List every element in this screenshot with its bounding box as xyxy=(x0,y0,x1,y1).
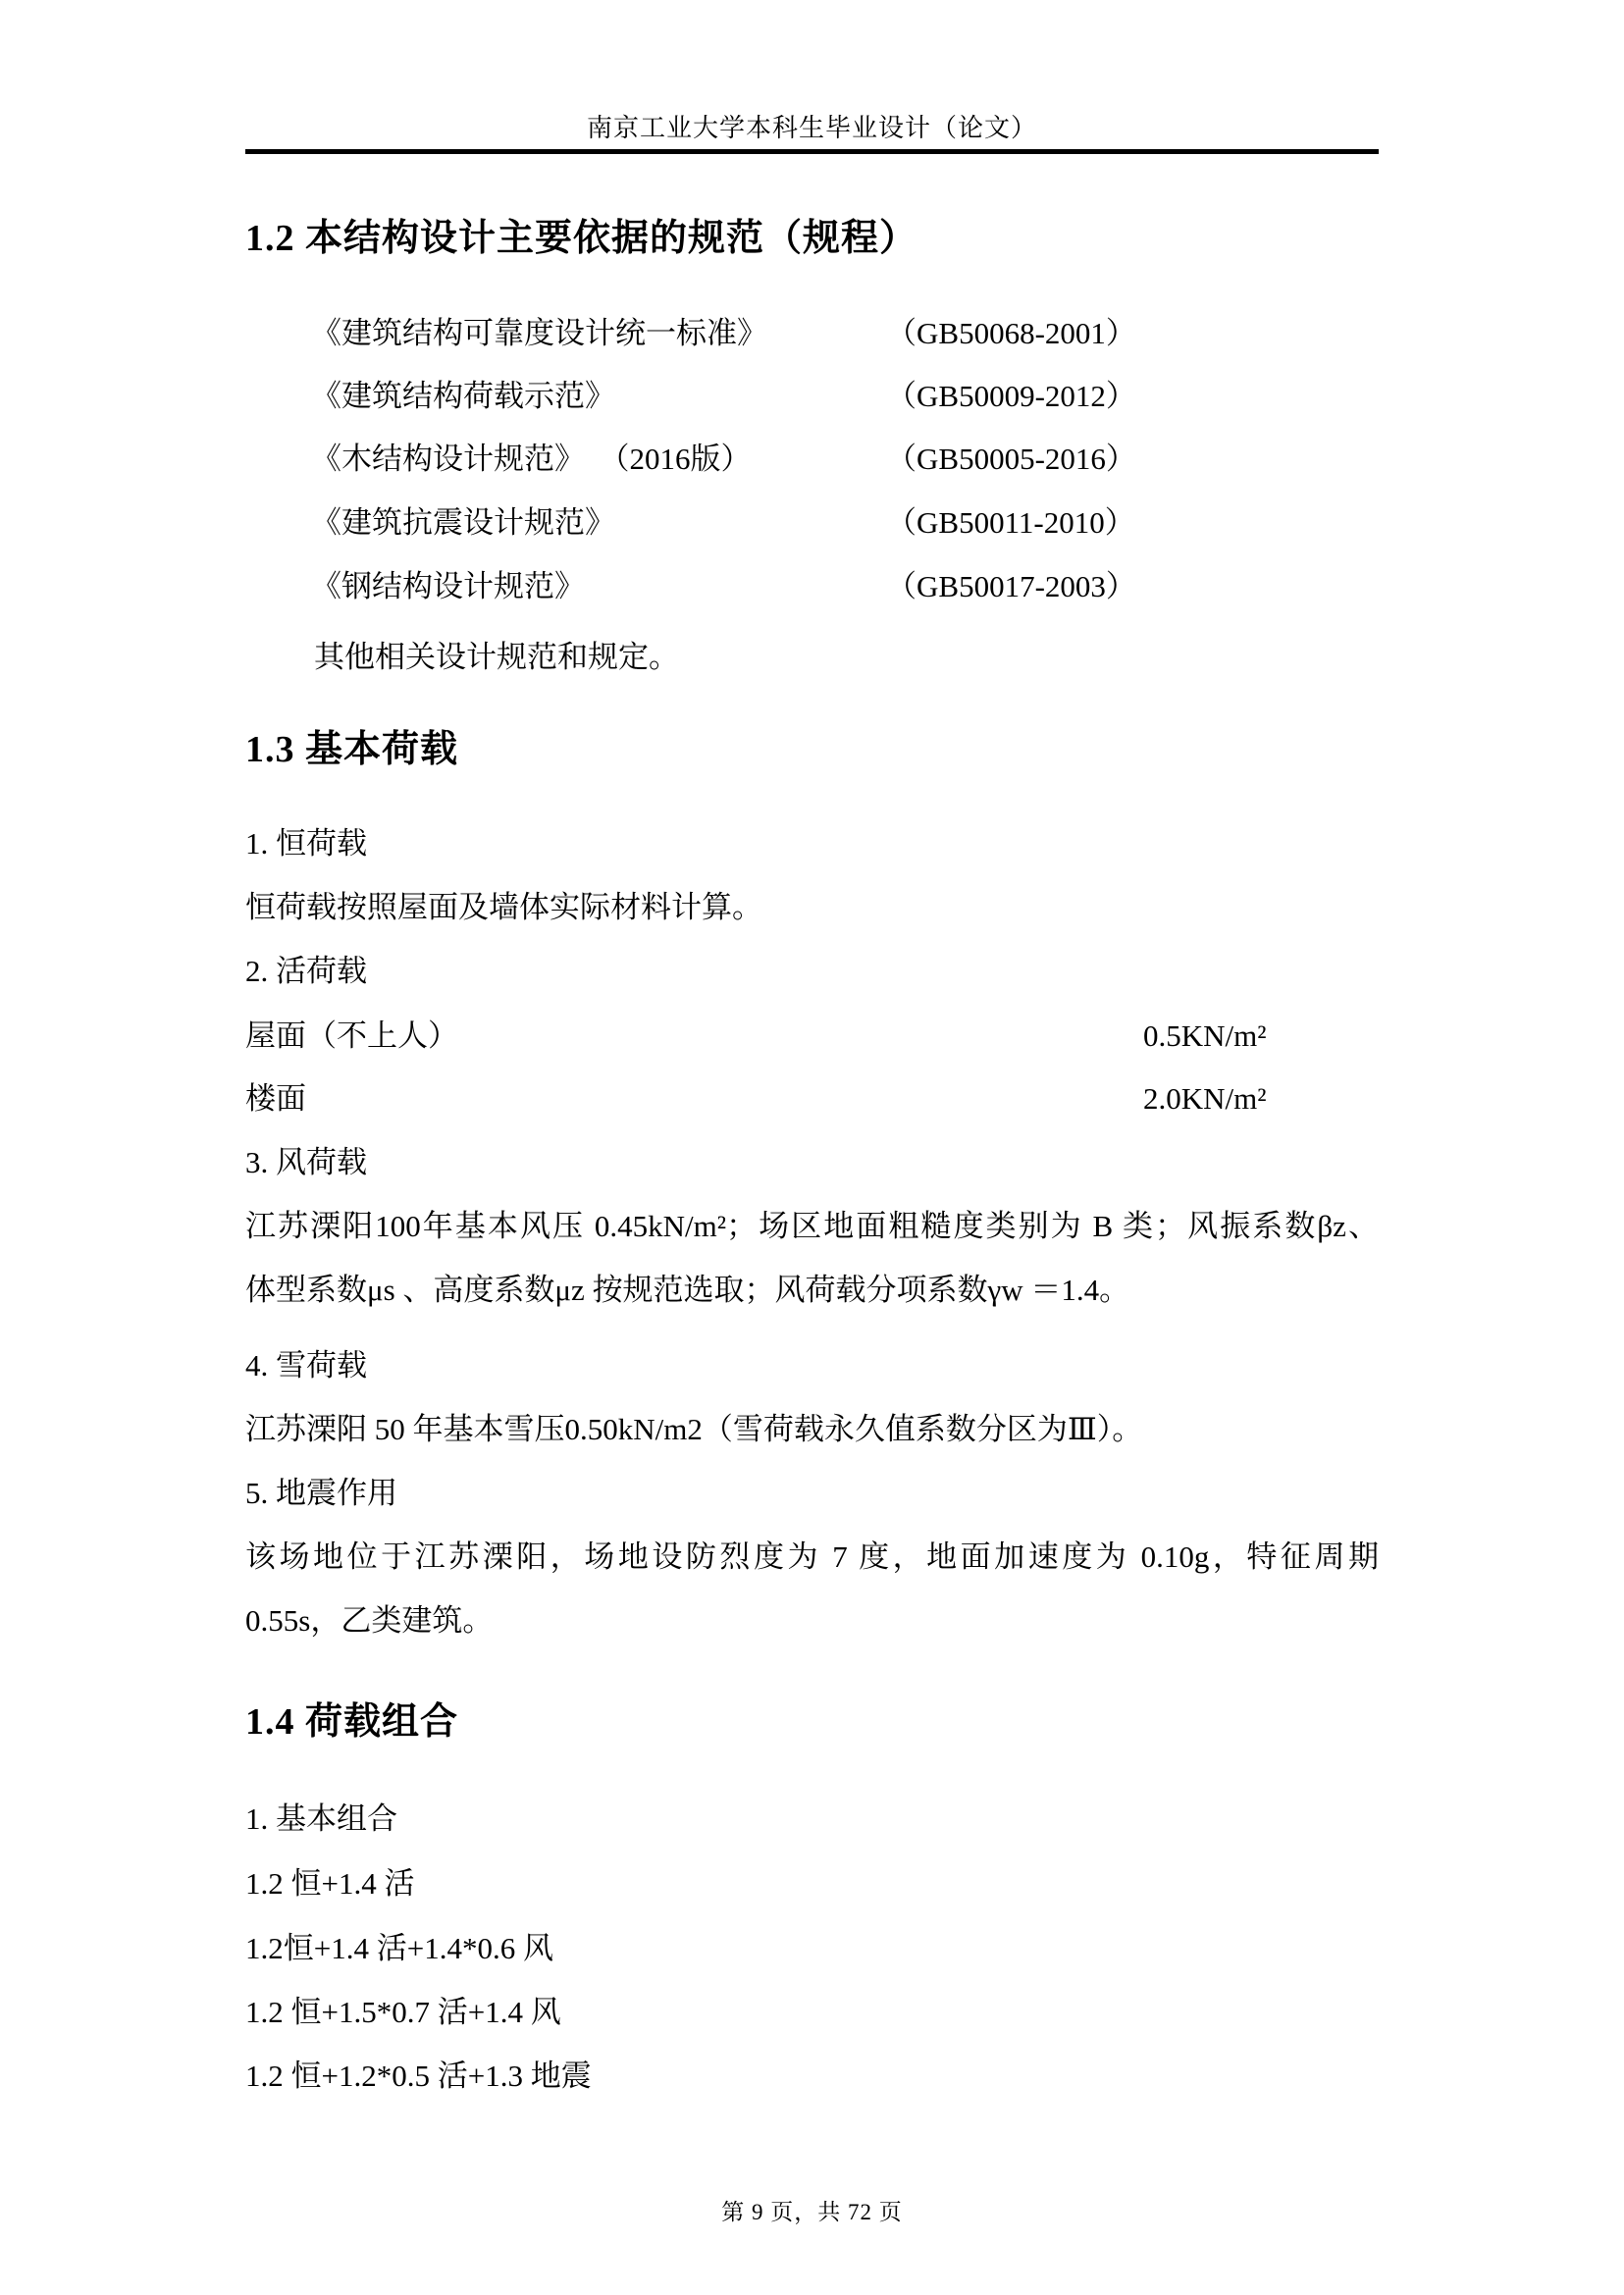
combination-line: 1.2 恒+1.5*0.7 活+1.4 风 xyxy=(245,1992,1379,2033)
body-line: 恒荷载按照屋面及墙体实际材料计算。 xyxy=(245,887,1379,928)
body-line: 5. 地震作用 xyxy=(245,1473,1379,1514)
standard-code: （GB50017-2003） xyxy=(886,566,1136,607)
line-text: 1. 恒荷载 xyxy=(245,826,367,861)
standard-row: 《木结构设计规范》（2016版） （GB50005-2016） xyxy=(311,439,1400,480)
standard-row: 《建筑抗震设计规范》 （GB50011-2010） xyxy=(311,502,1400,544)
document-page: 南京工业大学本科生毕业设计（论文） 1.2 本结构设计主要依据的规范（规程） 《… xyxy=(0,0,1624,2295)
line-text: 楼面 xyxy=(245,1081,306,1116)
standard-name: 《建筑结构可靠度设计统一标准》 xyxy=(311,316,767,350)
body-line: 0.55s，乙类建筑。 xyxy=(245,1600,1379,1642)
line-text: 1. 基本组合 xyxy=(245,1801,397,1836)
standard-edition: （2016版） xyxy=(614,442,752,476)
standard-code: （GB50068-2001） xyxy=(886,313,1136,354)
standard-row: 《钢结构设计规范》 （GB50017-2003） xyxy=(311,566,1400,607)
combination-line: 1.2 恒+1.2*0.5 活+1.3 地震 xyxy=(245,2056,1379,2097)
header-rule xyxy=(245,149,1379,154)
line-text: 体型系数μs 、高度系数μz 按规范选取；风荷载分项系数γw ＝1.4。 xyxy=(245,1273,1129,1307)
combination-line: 1.2恒+1.4 活+1.4*0.6 风 xyxy=(245,1928,1379,1969)
standards-note: 其他相关设计规范和规定。 xyxy=(314,637,679,678)
line-value: 2.0KN/m² xyxy=(1143,1078,1267,1120)
line-value: 0.5KN/m² xyxy=(1143,1016,1267,1057)
standard-row: 《建筑结构荷载示范》 （GB50009-2012） xyxy=(311,376,1400,417)
body-line: 4. 雪荷载 xyxy=(245,1345,1379,1386)
line-text: 1.2 恒+1.5*0.7 活+1.4 风 xyxy=(245,1995,561,2029)
combination-line: 1. 基本组合 xyxy=(245,1799,1379,1840)
standard-code: （GB50009-2012） xyxy=(886,376,1136,417)
body-line: 楼面 2.0KN/m² xyxy=(245,1078,1379,1120)
standard-row: 《建筑结构可靠度设计统一标准》 （GB50068-2001） xyxy=(311,313,1400,354)
body-line: 江苏溧阳 50 年基本雪压0.50kN/m2（雪荷载永久值系数分区为Ⅲ）。 xyxy=(245,1409,1379,1450)
line-text: 恒荷载按照屋面及墙体实际材料计算。 xyxy=(245,890,762,924)
body-line: 1. 恒荷载 xyxy=(245,823,1379,864)
standard-name: 《建筑结构荷载示范》 xyxy=(311,379,615,413)
line-text: 3. 风荷载 xyxy=(245,1145,367,1179)
body-line: 体型系数μs 、高度系数μz 按规范选取；风荷载分项系数γw ＝1.4。 xyxy=(245,1270,1379,1311)
body-line: 屋面（不上人） 0.5KN/m² xyxy=(245,1016,1379,1057)
body-line: 江苏溧阳100年基本风压 0.45kN/m²；场区地面粗糙度类别为 B 类；风振… xyxy=(245,1206,1379,1247)
line-text: 1.2 恒+1.4 活 xyxy=(245,1866,414,1901)
standard-name: 《钢结构设计规范》 xyxy=(311,569,585,603)
body-line: 3. 风荷载 xyxy=(245,1142,1379,1183)
combination-line: 1.2 恒+1.4 活 xyxy=(245,1863,1379,1904)
line-text: 屋面（不上人） xyxy=(245,1018,458,1053)
standard-code: （GB50005-2016） xyxy=(886,439,1136,480)
standard-name: 《木结构设计规范》 xyxy=(311,442,585,476)
standard-code: （GB50011-2010） xyxy=(886,502,1135,544)
body-line: 该场地位于江苏溧阳，场地设防烈度为 7 度，地面加速度为 0.10g，特征周期 xyxy=(245,1537,1379,1578)
line-text: 江苏溧阳 50 年基本雪压0.50kN/m2（雪荷载永久值系数分区为Ⅲ）。 xyxy=(245,1412,1142,1446)
section-heading-1-4: 1.4 荷载组合 xyxy=(245,1699,458,1745)
line-text: 2. 活荷载 xyxy=(245,954,367,988)
running-header-title: 南京工业大学本科生毕业设计（论文） xyxy=(0,112,1624,145)
standard-name: 《建筑抗震设计规范》 xyxy=(311,505,615,540)
line-text: 1.2 恒+1.2*0.5 活+1.3 地震 xyxy=(245,2059,592,2093)
line-text: 0.55s，乙类建筑。 xyxy=(245,1603,493,1638)
body-line: 2. 活荷载 xyxy=(245,951,1379,992)
line-text: 1.2恒+1.4 活+1.4*0.6 风 xyxy=(245,1931,553,1965)
page-number: 第 9 页，共 72 页 xyxy=(0,2198,1624,2227)
section-heading-1-3: 1.3 基本荷载 xyxy=(245,727,458,772)
line-text: 4. 雪荷载 xyxy=(245,1348,367,1382)
section-heading-1-2: 1.2 本结构设计主要依据的规范（规程） xyxy=(245,216,917,261)
line-text: 5. 地震作用 xyxy=(245,1476,397,1510)
